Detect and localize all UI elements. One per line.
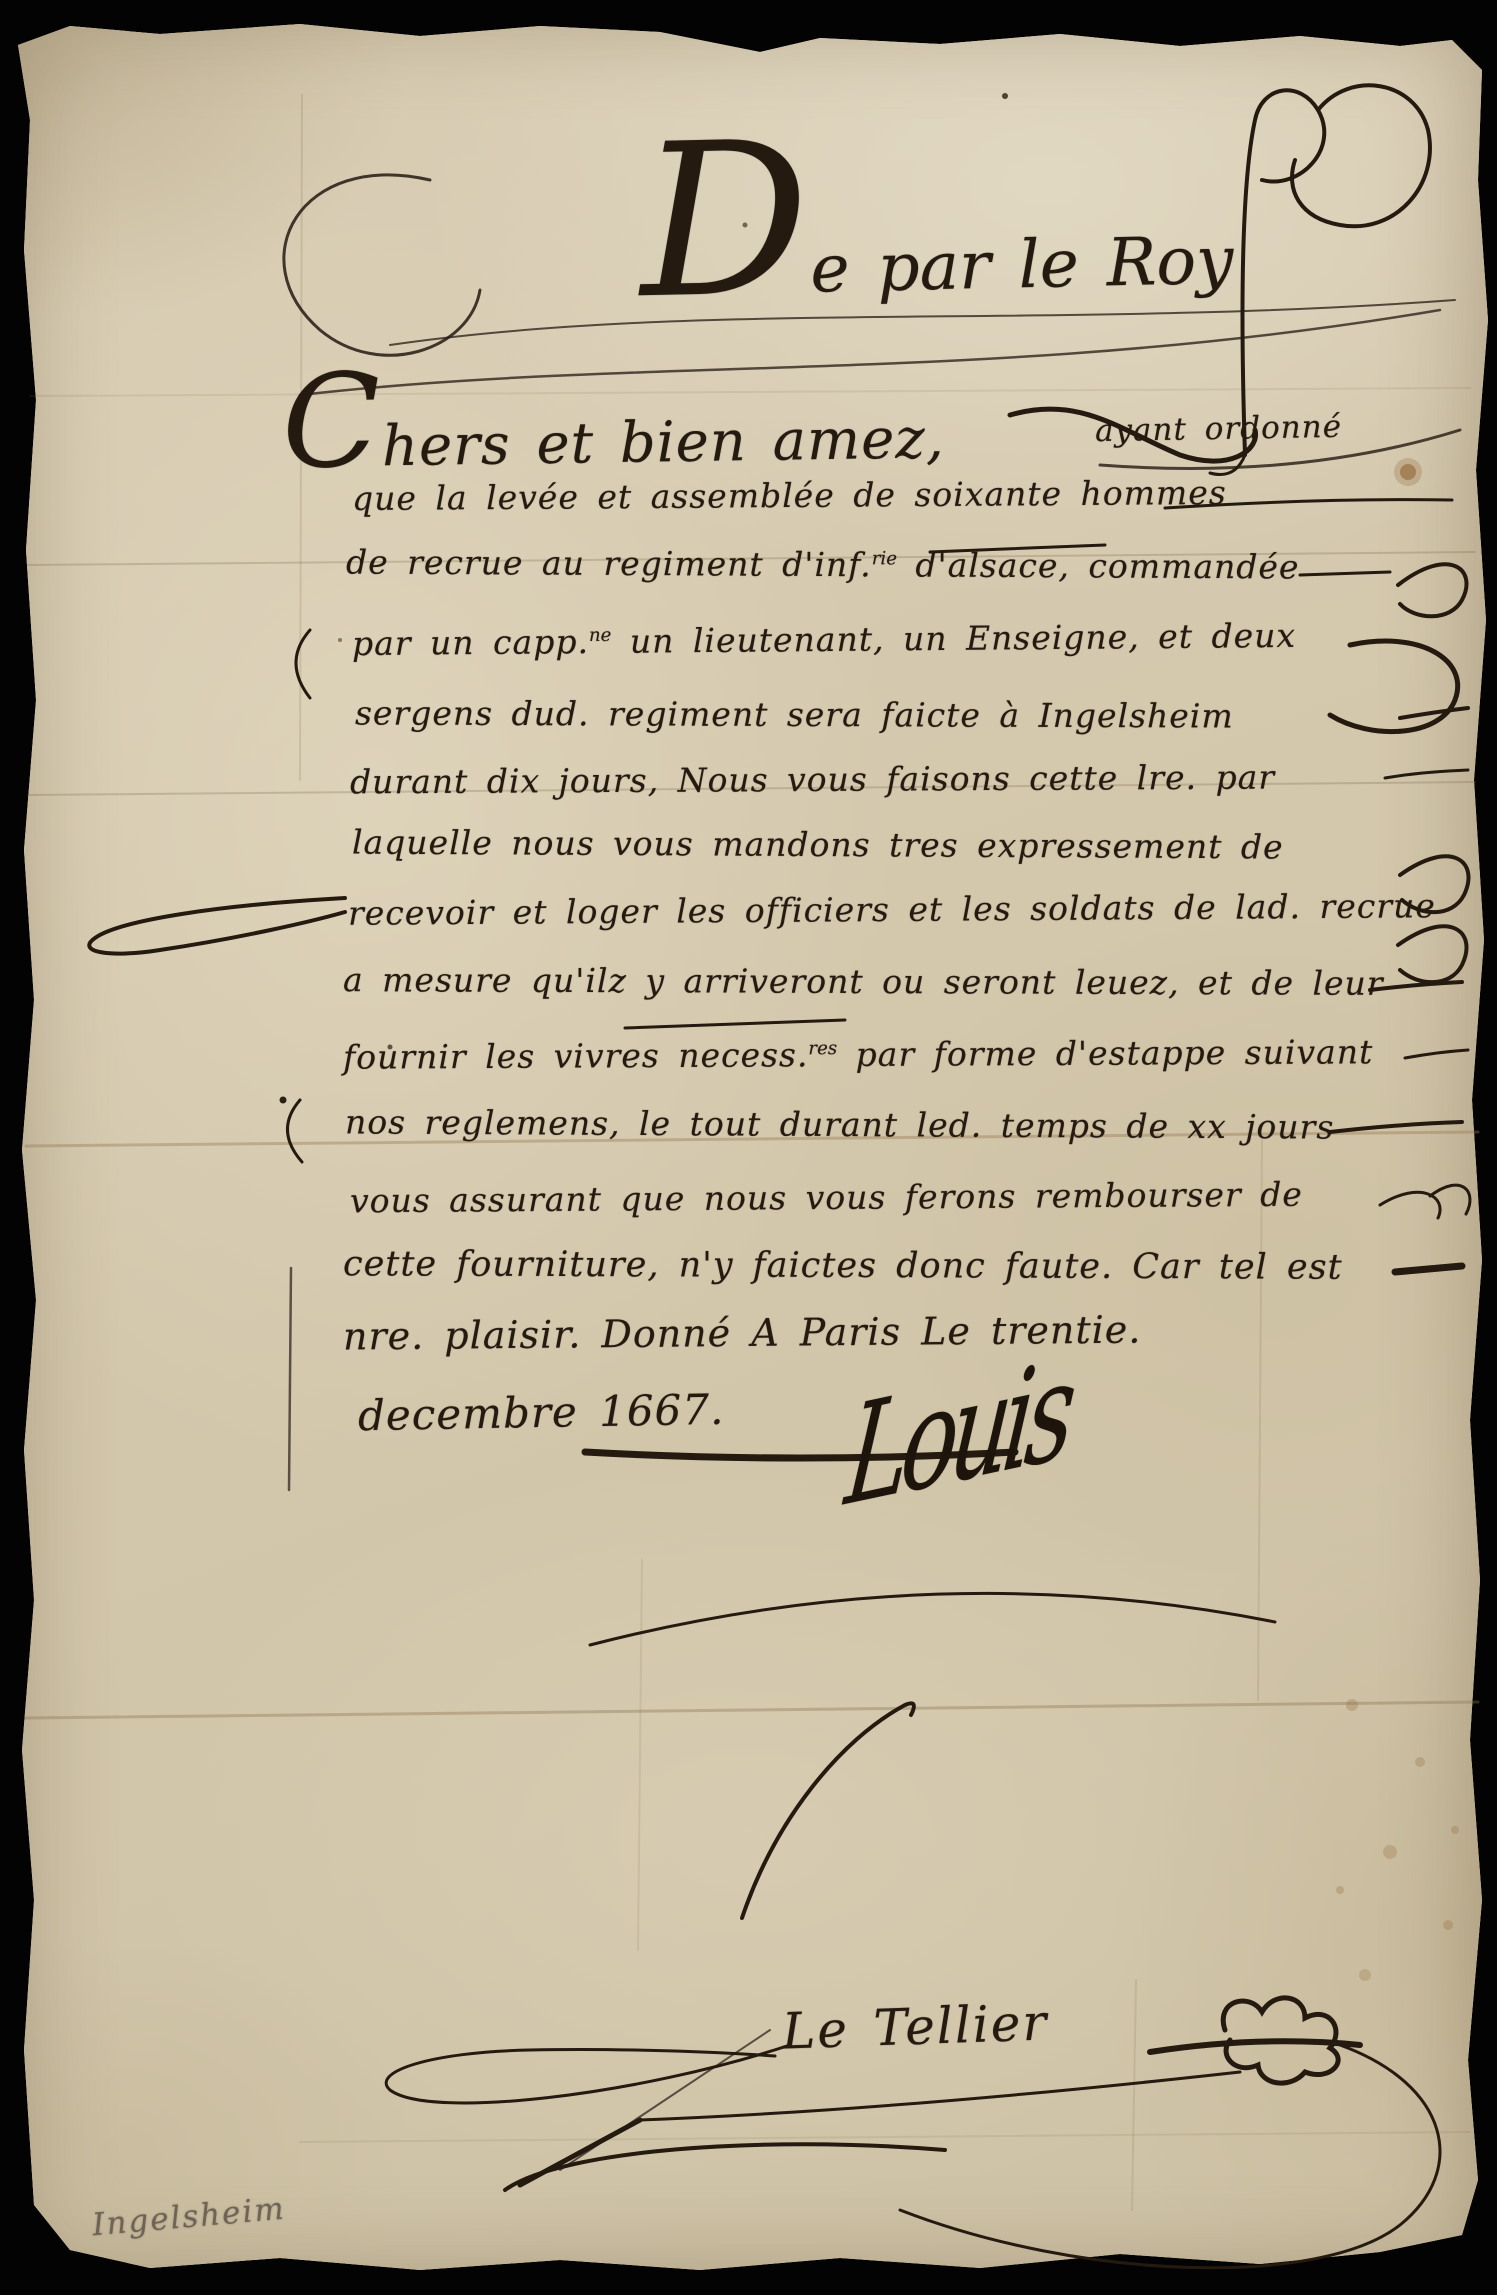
body-line: laquelle nous vous mandons tres expresse… [352,825,1284,866]
body-line: sergens dud. regiment sera faicte à Inge… [355,695,1234,734]
body-line: cette fourniture, n'y faictes donc faute… [343,1245,1343,1287]
body-line: vous assurant que nous vous ferons rembo… [350,1177,1303,1220]
paper-sheet [0,0,1497,2295]
body-line: de recrue au regiment d'inf.rie d'alsace… [346,545,1300,586]
body-line: nos reglemens, le tout durant led. temps… [345,1104,1335,1145]
body-line: que la levée et assemblée de soixante ho… [352,475,1227,517]
body-line: par un capp.ne un lieutenant, un Enseign… [352,618,1296,663]
manuscript-photo: De par le Roy Chers et bien amez, ayant … [0,0,1497,2295]
date-line: decembre 1667. [358,1387,725,1440]
letter-salutation: Chers et bien amez, [281,343,945,494]
letter-heading: De par le Roy [638,94,1235,339]
salutation-note: ayant ordonné [1095,410,1343,448]
body-line: a mesure qu'ilz y arriveront ou seront l… [343,962,1384,1002]
countersignature: Le Tellier [781,1995,1049,2059]
body-line: durant dix jours, Nous vous faisons cett… [350,760,1275,801]
body-line: recevoir et loger les officiers et les s… [348,888,1436,932]
body-line: fournir les vivres necess.res par forme … [343,1034,1373,1076]
